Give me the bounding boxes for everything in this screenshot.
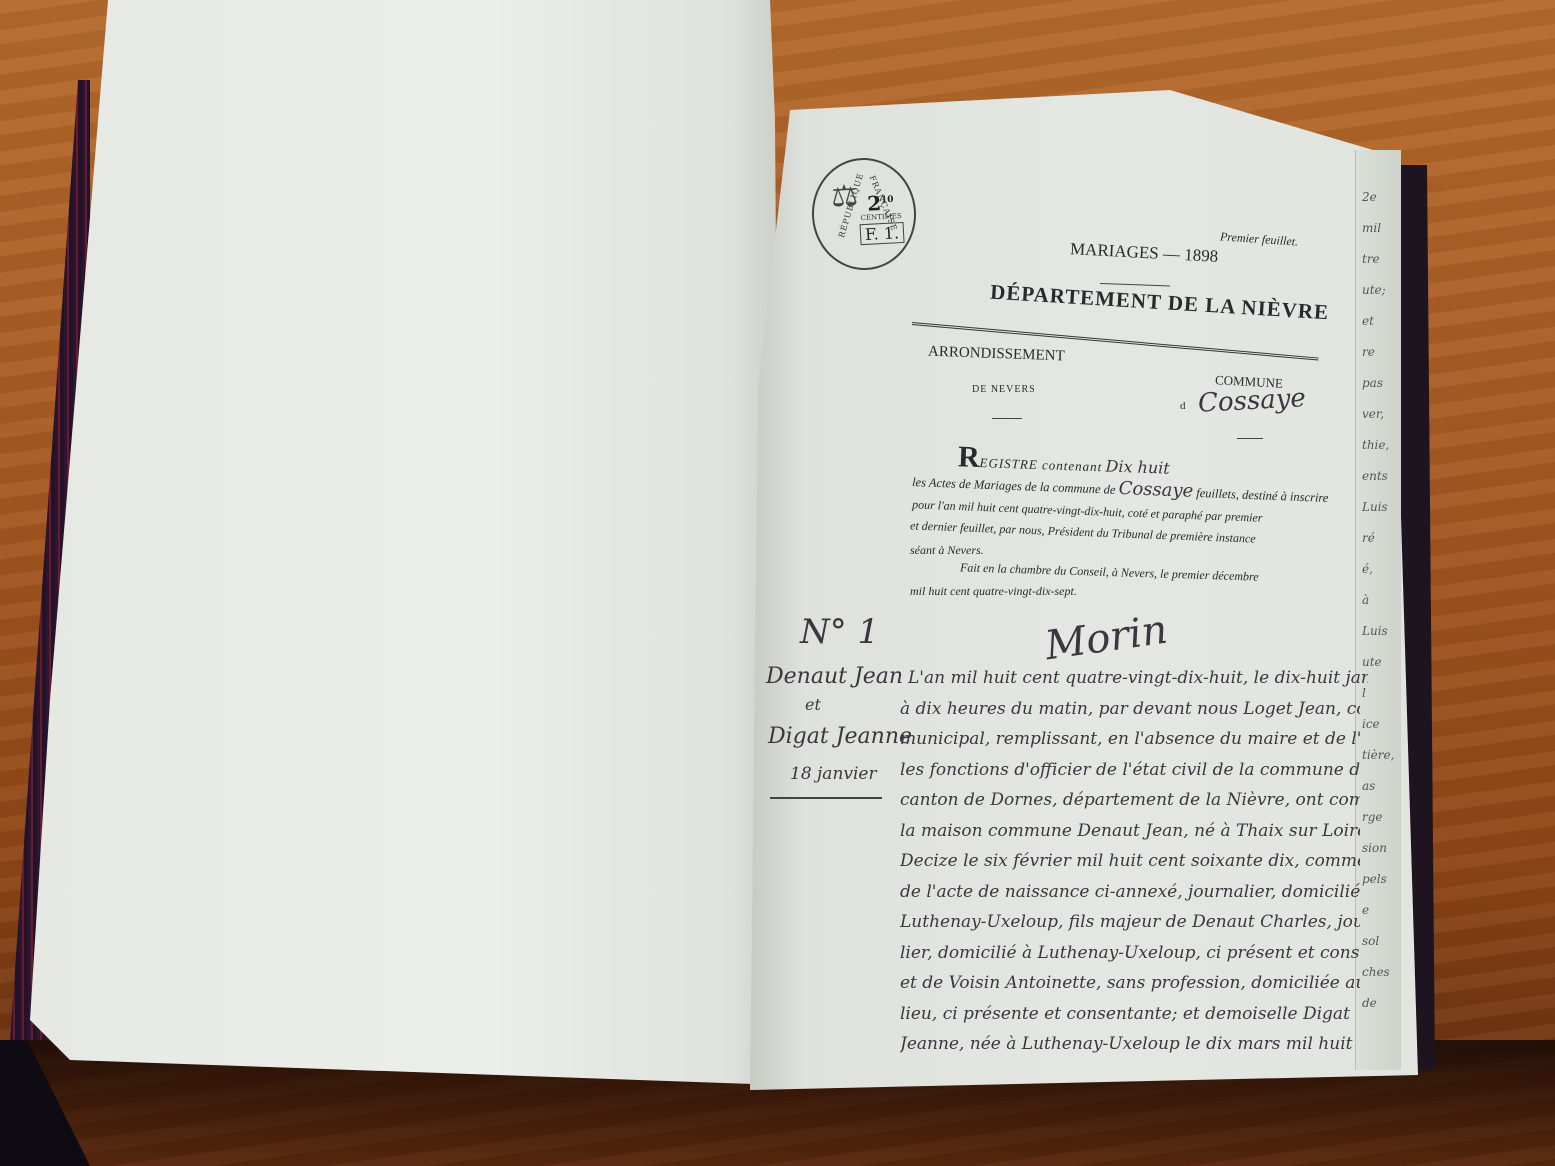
edge-fragment: rge (1362, 810, 1383, 824)
edge-fragment: é, (1362, 562, 1373, 576)
edge-fragment: re (1362, 345, 1375, 359)
entry-line: les fonctions d'officier de l'état civil… (900, 760, 1360, 780)
commune-prefix: d (1180, 400, 1186, 412)
entry-line: municipal, remplissant, en l'absence du … (900, 729, 1360, 749)
entry-line: à dix heures du matin, par devant nous L… (900, 699, 1360, 719)
commune-handwritten: Cossaye (1118, 478, 1193, 502)
commune-rule (1237, 438, 1263, 439)
edge-fragment: Luis (1362, 624, 1388, 638)
edge-fragment: pels (1362, 872, 1387, 886)
edge-fragment: Luis (1362, 500, 1388, 514)
entry-line: Jeanne, née à Luthenay-Uxeloup le dix ma… (900, 1034, 1360, 1054)
leaf-count-handwritten: Dix huit (1105, 456, 1170, 477)
marianne-icon: ⚖ (830, 178, 859, 214)
edge-fragment: et (1362, 314, 1374, 328)
entry-date: 18 janvier (790, 764, 877, 784)
entry-line: la maison commune Denaut Jean, né à Thai… (900, 821, 1360, 841)
groom-name: Denaut Jean (766, 664, 903, 689)
edge-fragment: mil (1362, 221, 1381, 235)
edge-fragment: 2e (1362, 190, 1377, 204)
entry-line: et de Voisin Antoinette, sans profession… (900, 973, 1360, 993)
edge-fragment: ice (1362, 717, 1380, 731)
edge-fragment: sion (1362, 841, 1387, 855)
edge-fragment: e (1362, 903, 1369, 917)
edge-fragment: ute; (1362, 283, 1386, 297)
margin-rule (770, 797, 882, 799)
entry-line: de l'acte de naissance ci-annexé, journa… (900, 882, 1360, 902)
edge-fragment: tière, (1362, 748, 1394, 762)
entry-line: L'an mil huit cent quatre-vingt-dix-huit… (908, 668, 1368, 688)
conjunction: et (805, 695, 821, 714)
edge-fragment: ute (1362, 655, 1382, 669)
edge-fragment: à (1362, 593, 1369, 607)
bride-name: Digat Jeanne (768, 724, 912, 749)
entry-line: canton de Dornes, département de la Nièv… (900, 790, 1360, 810)
left-page-blank (30, 0, 790, 1090)
edge-fragment: tre (1362, 252, 1380, 266)
preamble-line-5: séant à Nevers. (910, 543, 984, 558)
edge-fragment: ré (1362, 531, 1375, 545)
edge-fragment: de (1362, 996, 1377, 1010)
entry-number: N° 1 (800, 612, 879, 652)
entry-line: lieu, ci présente et consentante; et dem… (900, 1004, 1360, 1024)
edge-fragment: ches (1362, 965, 1390, 979)
entry-line: Luthenay-Uxeloup, fils majeur de Denaut … (900, 912, 1360, 932)
preamble-line-7: mil huit cent quatre-vingt-dix-sept. (910, 584, 1077, 599)
edge-fragment: thie, (1362, 438, 1389, 452)
edge-fragment: pas (1362, 376, 1383, 390)
edge-fragment: ver, (1362, 407, 1384, 421)
entry-line: Decize le six février mil huit cent soix… (900, 851, 1360, 871)
commune-value: Cossaye (1197, 383, 1306, 419)
edge-fragment: sol (1362, 934, 1379, 948)
stamp-franc: F. 1. (859, 221, 904, 244)
arrondissement-rule (992, 418, 1022, 419)
edge-fragment: ents (1362, 469, 1388, 483)
edge-fragment: l (1362, 686, 1366, 700)
arrondissement-value: DE NEVERS (972, 384, 1036, 395)
entry-line: lier, domicilié à Luthenay-Uxeloup, ci p… (900, 943, 1360, 963)
edge-fragment: as (1362, 779, 1375, 793)
